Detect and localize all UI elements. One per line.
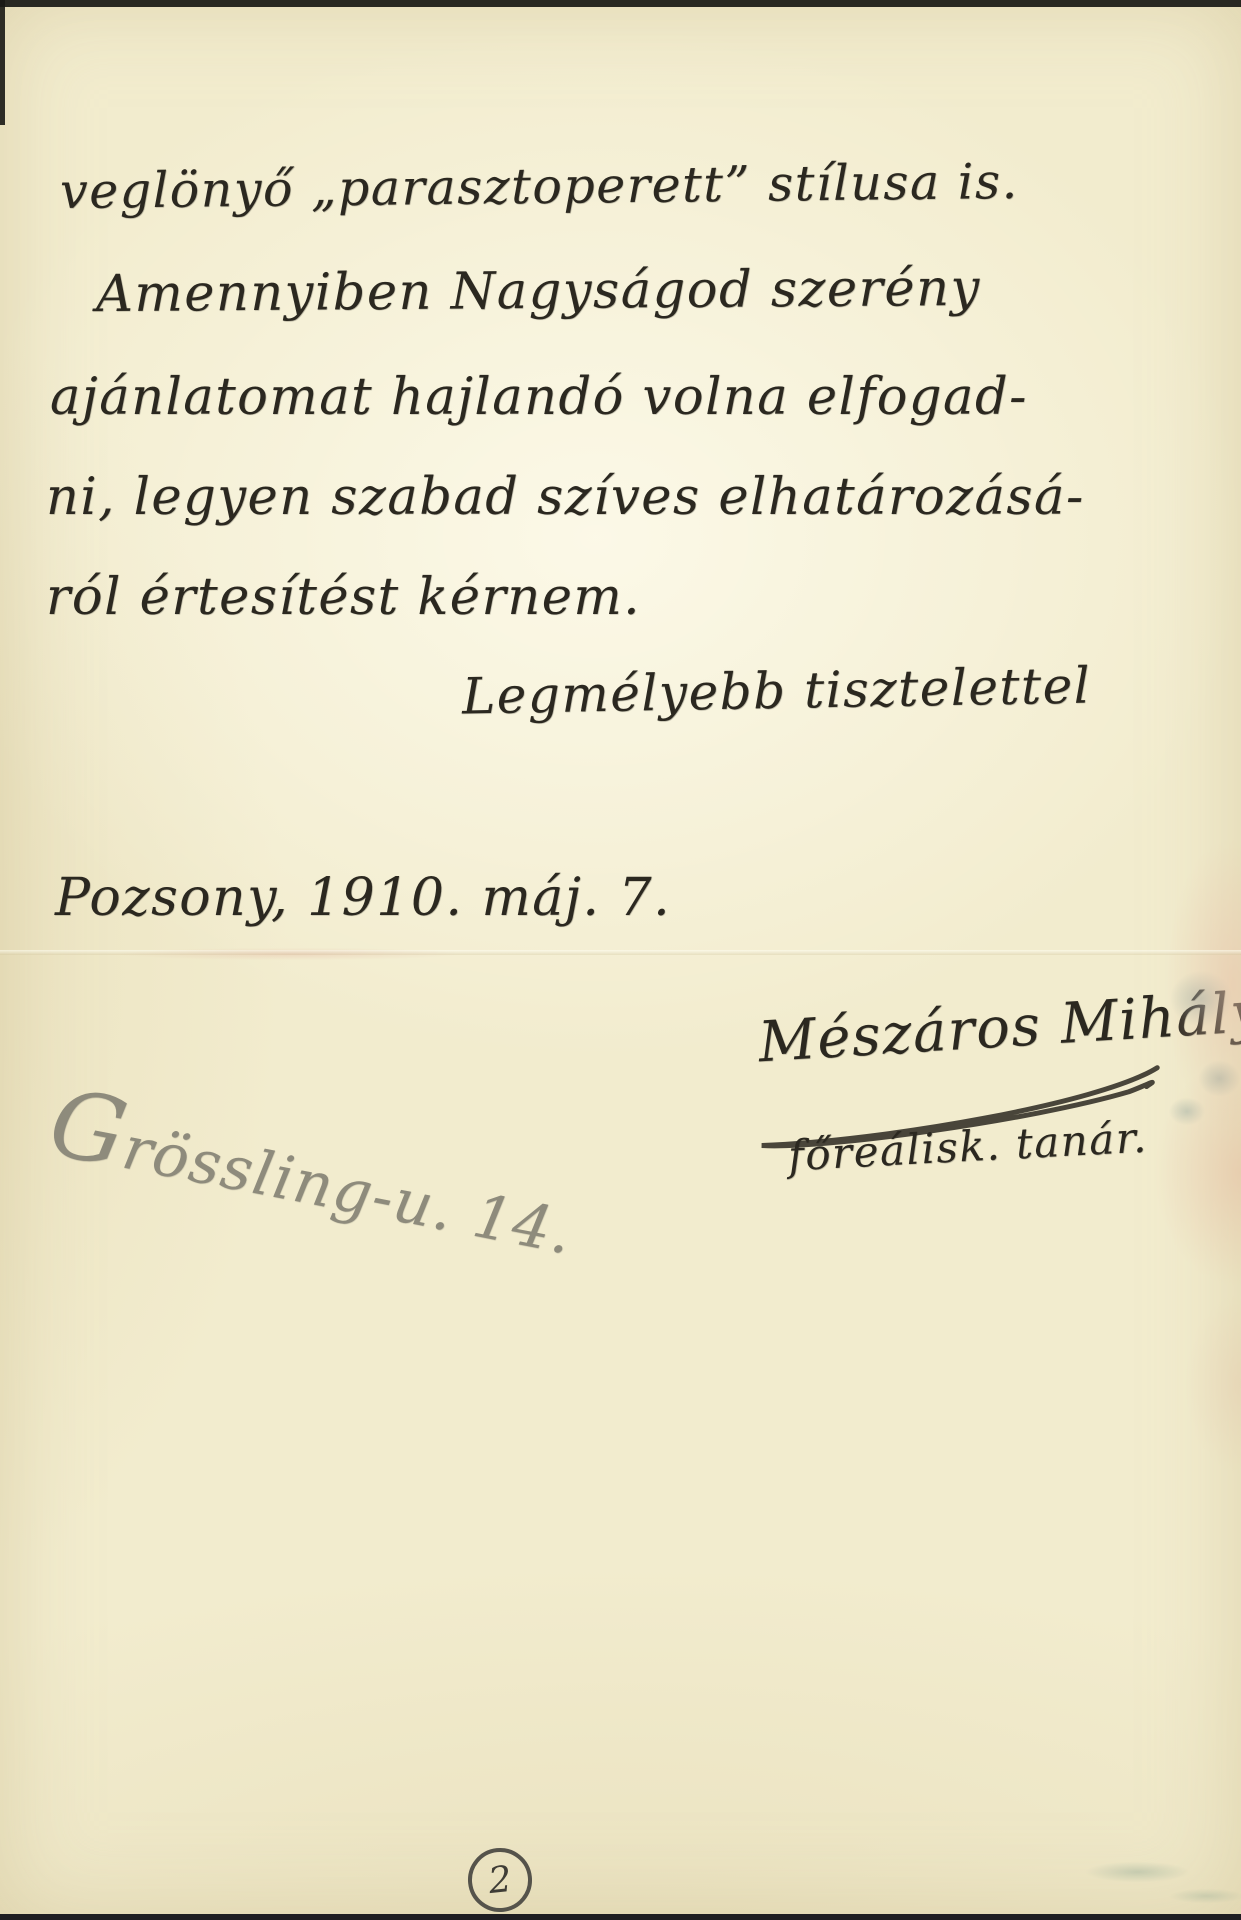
smudge-bottom-right — [1011, 1840, 1241, 1920]
page-number: 2 — [486, 1858, 513, 1901]
scan-edge-bottom — [0, 1914, 1241, 1920]
closing-line: Legmélyebb tisztelettel — [462, 657, 1092, 726]
body-line-2: Amennyiben Nagyságod szerény — [96, 259, 981, 324]
date-line: Pozsony, 1910. máj. 7. — [55, 868, 671, 928]
page-number-circle: 2 — [465, 1845, 535, 1915]
crease-residue — [75, 946, 505, 962]
scan-edge-top — [0, 0, 1241, 7]
pencil-address-note: Grössling-u. 14. — [41, 1068, 584, 1276]
stain-right — [1061, 820, 1241, 1290]
body-line-5: ról értesítést kérnem. — [46, 568, 641, 627]
scan-edge-left — [0, 0, 5, 125]
stain-right-lower — [1121, 1280, 1241, 1540]
body-line-3: ajánlatomat hajlandó volna elfogad- — [50, 368, 1028, 427]
body-line-4: ni, legyen szabad szíves elhatározásá- — [46, 468, 1085, 527]
body-line-1: veglönyő „parasztoperett” stílusa is. — [60, 153, 1019, 220]
letter-page: veglönyő „parasztoperett” stílusa is. Am… — [0, 0, 1241, 1920]
